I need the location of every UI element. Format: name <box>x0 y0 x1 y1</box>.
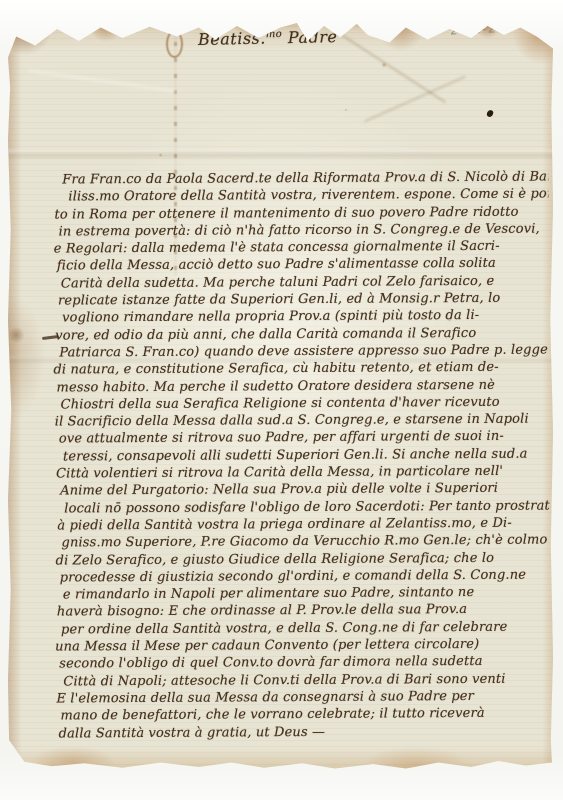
scanner-background: { "palette": { "paper": "#e8e4d3", "ink"… <box>0 0 563 800</box>
salutation-rest: Padre <box>282 27 337 47</box>
manuscript-line: procedesse di giustizia secondo gl'ordin… <box>60 566 551 586</box>
ink-blot <box>486 109 494 118</box>
diagonal-crease <box>29 70 178 93</box>
manuscript-line: Città di Napoli; attesoche li Conv.ti de… <box>63 670 551 690</box>
manuscript-line: mano de benefattori, che le vorrano cele… <box>60 705 551 725</box>
salutation-base: Beatiss. <box>198 29 266 49</box>
letter-body: Fra Fran.co da Paola Sacerd.te della Rif… <box>52 168 552 757</box>
archival-number: 2-42-267 <box>450 20 515 37</box>
manuscript-line: dalla Santità vostra à gratia, ut Deus — <box>59 722 552 742</box>
manuscript-paper: 2-42-267 Beatiss.mo Padre Fra Fran.co da… <box>8 20 553 770</box>
horizontal-fold-crease <box>8 150 553 159</box>
salutation-superscript: mo <box>266 29 283 40</box>
crease-stain-loop <box>166 30 183 58</box>
salutation: Beatiss.mo Padre <box>198 26 388 49</box>
